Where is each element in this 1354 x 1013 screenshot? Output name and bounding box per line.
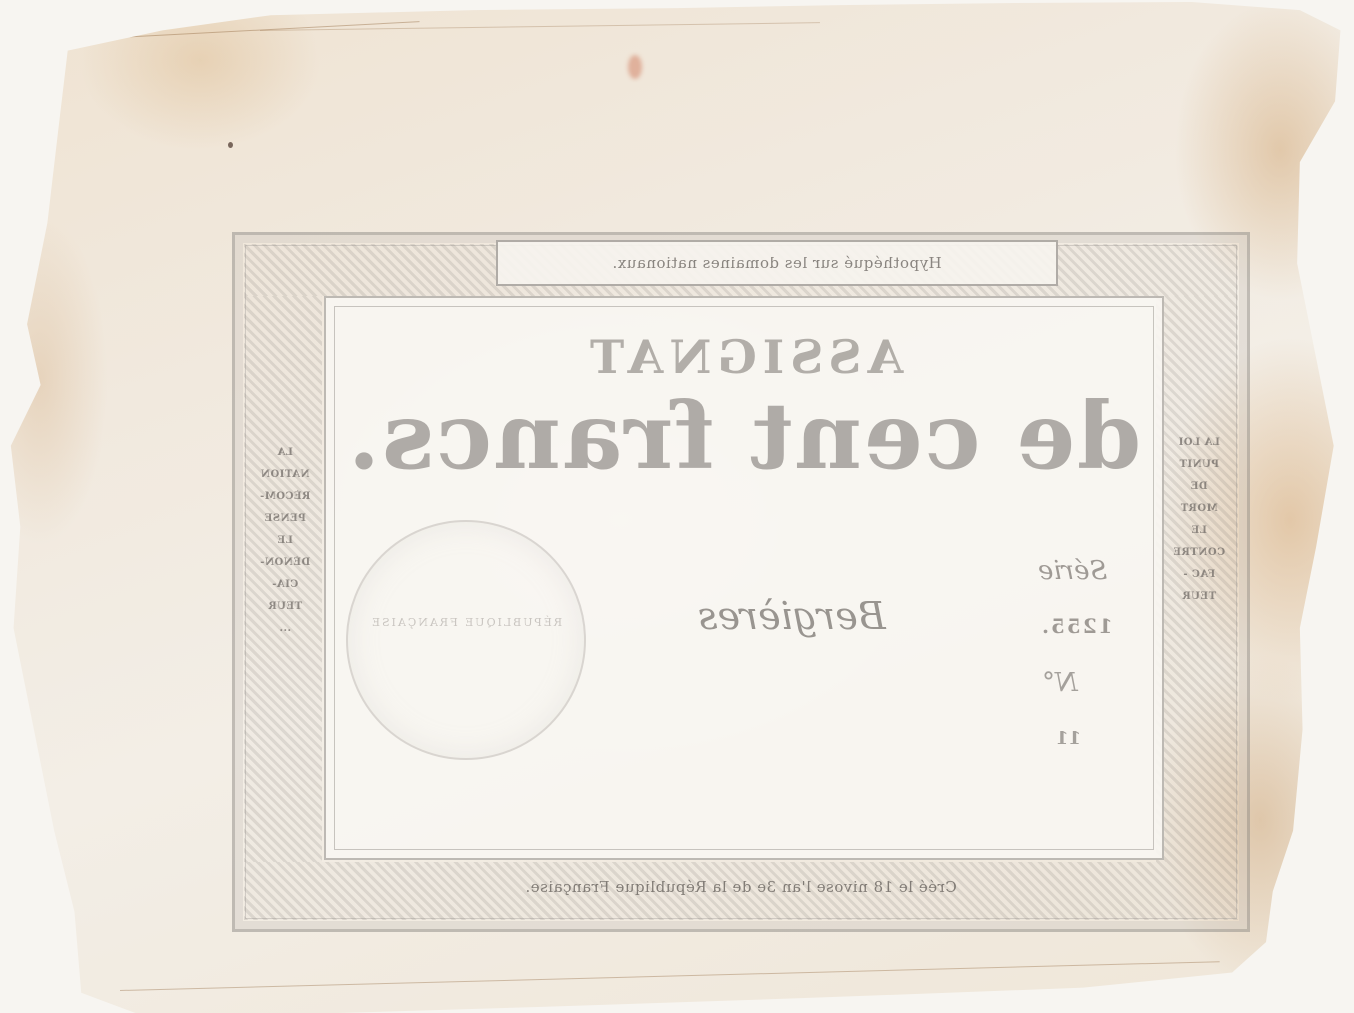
side-left-line: TEUR (250, 596, 320, 618)
signature-text: Bergières (698, 594, 886, 638)
serie-number-text: 1255. (1040, 614, 1113, 638)
serie-label: Série (1038, 556, 1107, 586)
seal-text: RÉPUBLIQUE FRANÇAISE (370, 616, 562, 629)
paper-crease (60, 21, 420, 41)
creation-date-text: Créé le 18 nivose l'an 3e de la Républiq… (525, 878, 957, 896)
serie-number: 1255. (1040, 614, 1113, 638)
side-right-line: MORT (1164, 498, 1234, 520)
number-value-text: 11 (1056, 728, 1081, 749)
side-left-line: RÉCOM- (250, 486, 320, 508)
top-banner: Hypothéqué sur les domaines nationaux. (496, 240, 1058, 286)
side-left-line: LE (250, 530, 320, 552)
side-right-line: TEUR (1164, 586, 1234, 608)
number-value: 11 (1056, 728, 1081, 749)
side-left-line: DÉNON- (250, 552, 320, 574)
side-left-line: LA (250, 442, 320, 464)
title-denomination: de cent francs. (326, 390, 1162, 482)
title-assignat-text: ASSIGNAT (584, 330, 903, 384)
dry-seal-embossing: RÉPUBLIQUE FRANÇAISE (346, 520, 586, 760)
banknote-print: Hypothéqué sur les domaines nationaux. L… (232, 232, 1250, 932)
signature: Bergières (698, 594, 886, 638)
side-right-line: PUNIT (1164, 454, 1234, 476)
side-right-line: CONTRE (1164, 542, 1234, 564)
number-label: N° (1042, 668, 1078, 698)
torn-paper-sheet: Hypothéqué sur les domaines nationaux. L… (0, 0, 1354, 1013)
side-right-line: DE (1164, 476, 1234, 498)
side-panel-left: LA NATION RÉCOM- PENSE LE DÉNON- CIA- TE… (250, 442, 320, 640)
side-left-line: PENSE (250, 508, 320, 530)
side-right-line: LA LOI (1164, 432, 1234, 454)
serie-label-text: Série (1038, 556, 1107, 586)
side-right-line: FAC - (1164, 564, 1234, 586)
creation-date-line: Créé le 18 nivose l'an 3e de la Républiq… (232, 878, 1250, 896)
side-left-line: ... (250, 618, 320, 640)
number-label-text: N° (1042, 668, 1078, 698)
side-panel-right: LA LOI PUNIT DE MORT LE CONTRE FAC - TEU… (1164, 432, 1234, 608)
side-left-line: NATION (250, 464, 320, 486)
side-left-line: CIA- (250, 574, 320, 596)
photo-scene: Hypothéqué sur les domaines nationaux. L… (0, 0, 1354, 1013)
side-right-line: LE (1164, 520, 1234, 542)
central-panel: ASSIGNAT de cent francs. RÉPUBLIQUE FRAN… (324, 296, 1164, 860)
title-denomination-text: de cent francs. (346, 390, 1141, 482)
dark-speck (228, 142, 233, 148)
paper-crease (120, 961, 1220, 991)
top-banner-text: Hypothéqué sur les domaines nationaux. (612, 254, 942, 272)
red-stain (628, 55, 642, 79)
title-assignat: ASSIGNAT (326, 330, 1162, 384)
paper-crease (260, 22, 820, 31)
